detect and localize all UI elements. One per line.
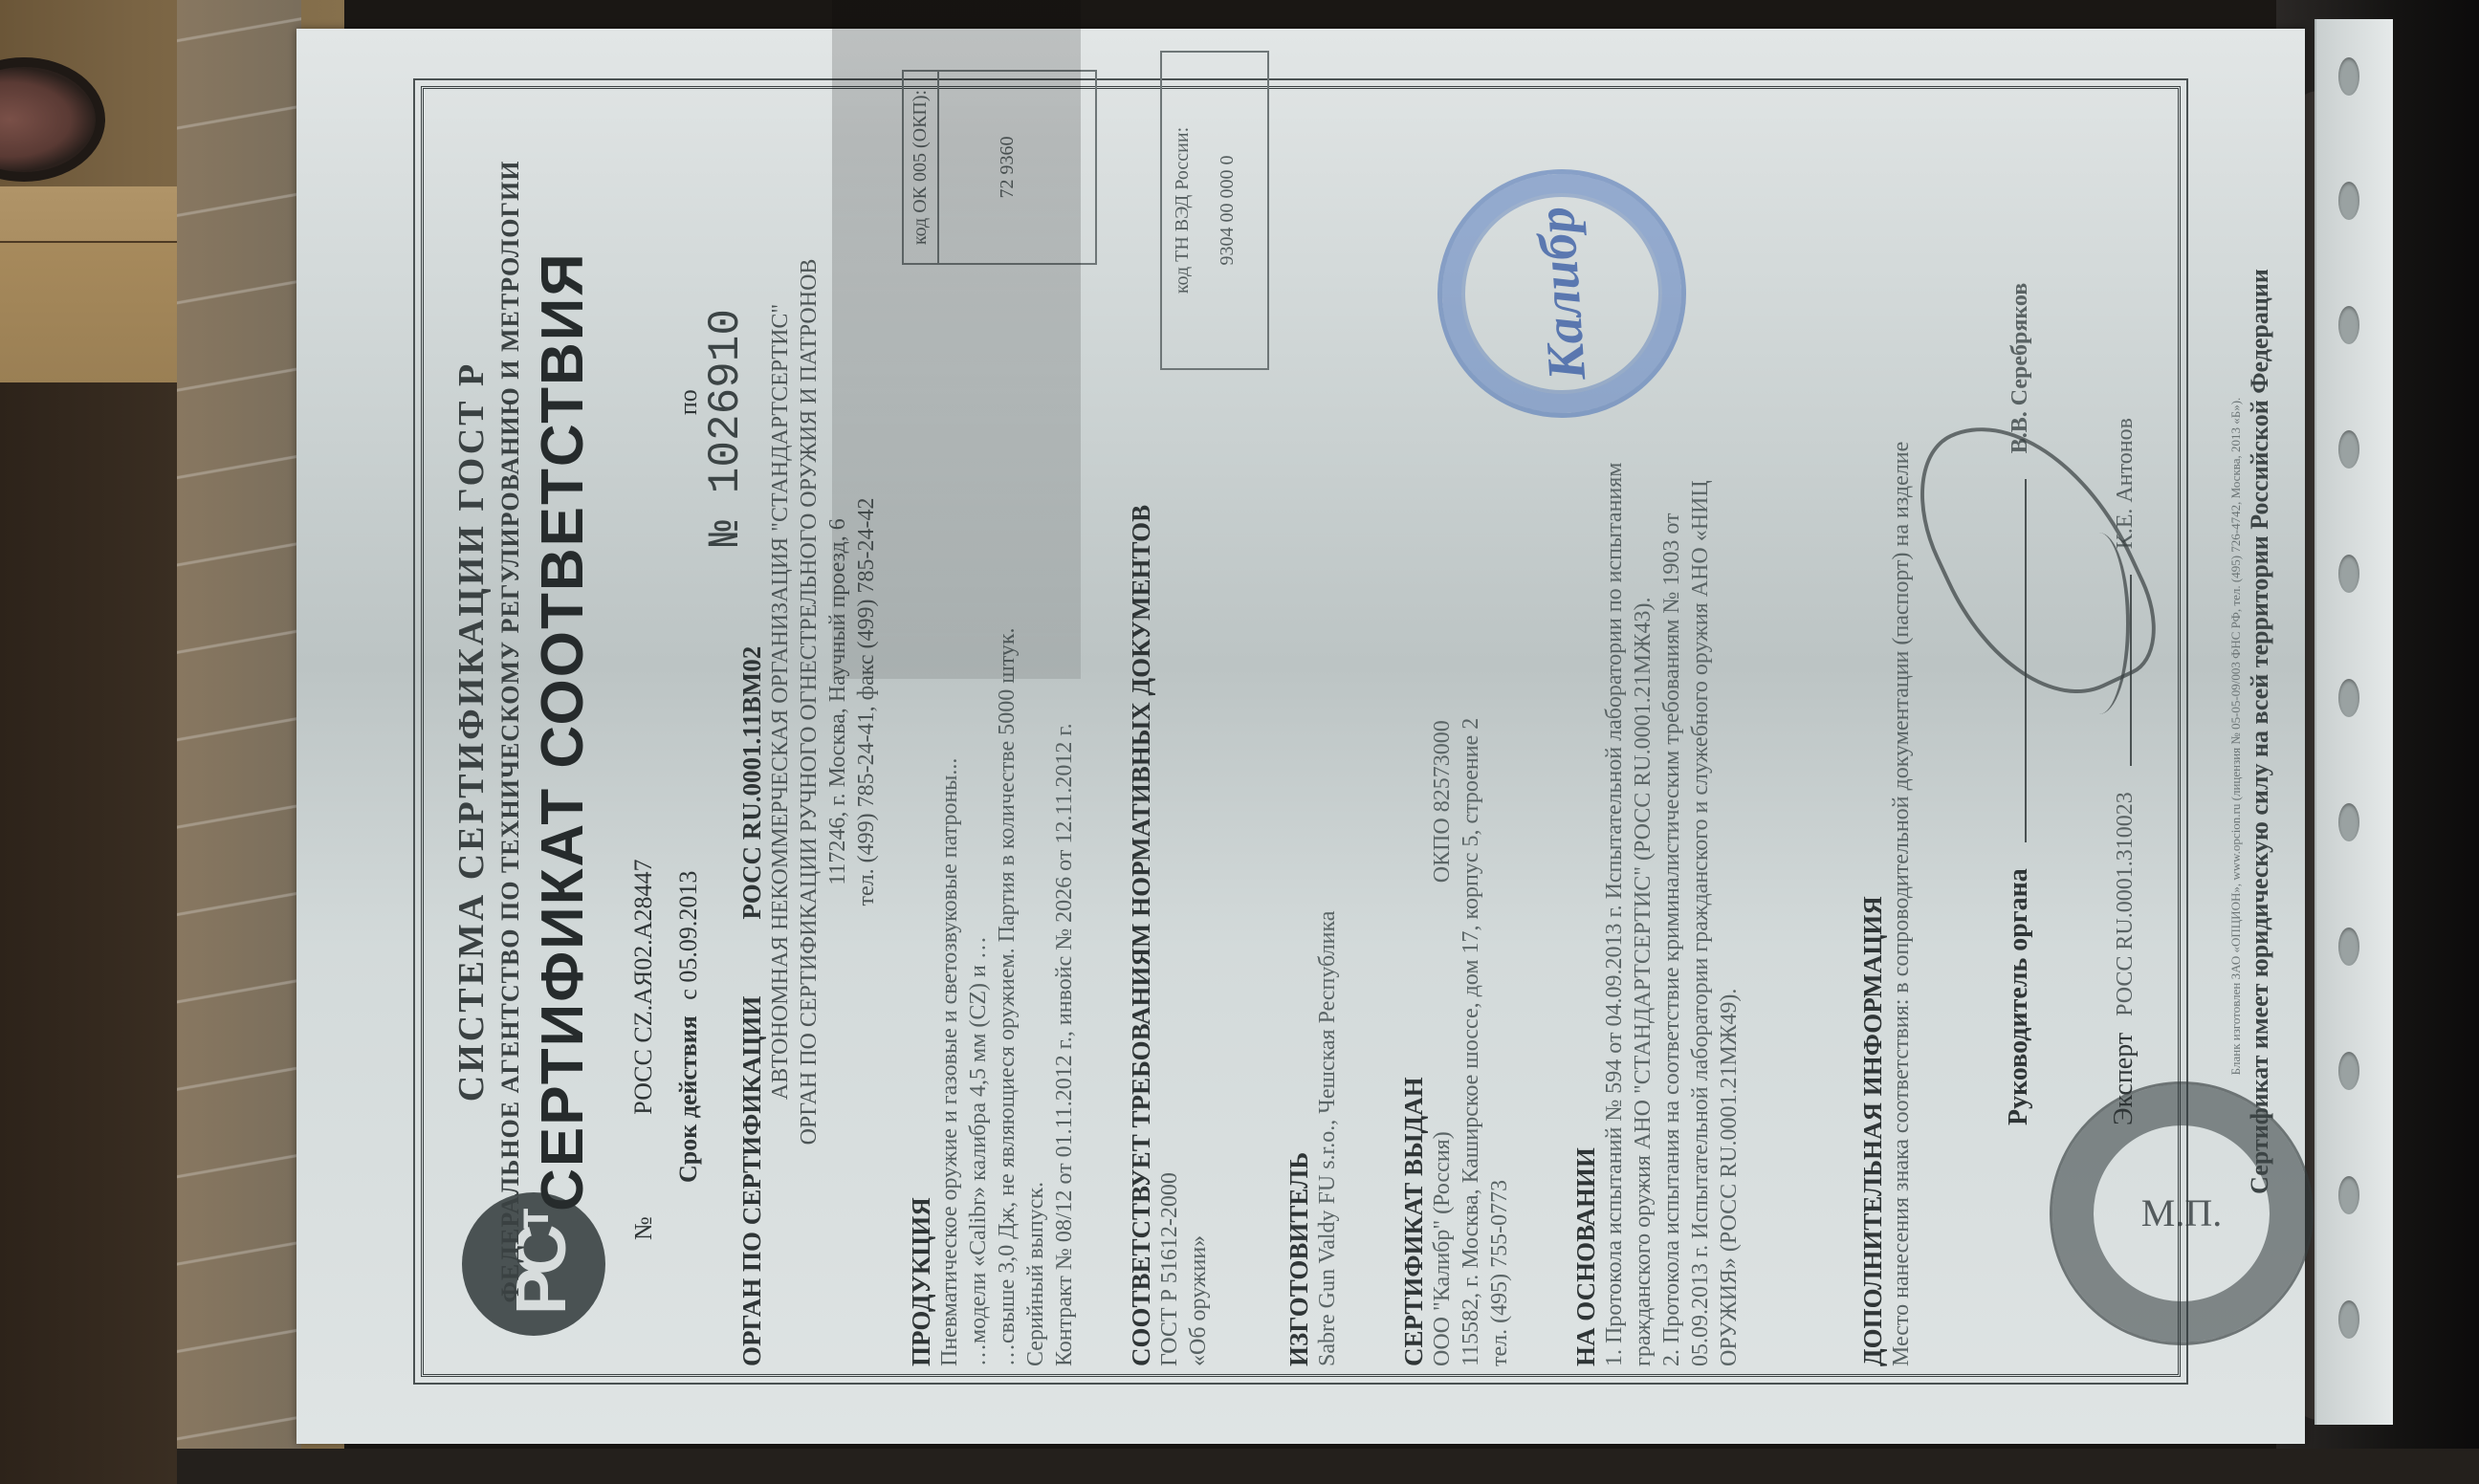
tnved-code-box: код ТН ВЭД России: 9304 00 000 0 <box>1160 51 1269 370</box>
expert-code: РОСС RU.0001.310023 <box>2113 792 2138 1016</box>
dark-floor-bottom <box>177 1449 2479 1484</box>
basis-line: гражданского оружия АНО "СТАНДАРТСЕРТИС"… <box>1629 410 1657 1366</box>
basis-heading: НА ОСНОВАНИИ <box>1571 410 1600 1366</box>
product-line: Пневматическое оружие и газовые и светоз… <box>935 410 964 1366</box>
issued-to-section: СЕРТИФИКАТ ВЫДАН ООО "Калибр" (Россия)ОК… <box>1399 410 1514 1366</box>
basis-section: НА ОСНОВАНИИ 1. Протокола испытаний № 59… <box>1571 410 1744 1366</box>
basis-line: 1. Протокола испытаний № 594 от 04.09.20… <box>1600 410 1629 1366</box>
blue-company-stamp: Калибр <box>1429 161 1695 426</box>
organ-line: АВТОНОМНАЯ НЕКОММЕРЧЕСКАЯ ОРГАНИЗАЦИЯ "С… <box>766 37 795 1366</box>
issued-to-phone: тел. (495) 755-0773 <box>1485 410 1514 1366</box>
manufacturer-line: Sabre Gun Valdy FU s.r.o., Чешская Респу… <box>1313 410 1342 1366</box>
product-heading: ПРОДУКЦИЯ <box>907 410 935 1366</box>
issued-to-line: ООО "Калибр" (Россия)ОКПО 82573000 <box>1428 410 1457 1366</box>
certification-organ-section: ОРГАН ПО СЕРТИФИКАЦИИРОСС RU.0001.11ВМ02… <box>737 37 881 1366</box>
head-label: Руководитель органа <box>2004 868 2033 1125</box>
validity-label: Срок действия <box>674 1015 702 1183</box>
tnved-label: код ТН ВЭД России: <box>1172 53 1194 368</box>
punch-hole <box>2338 430 2359 469</box>
product-line: …модели «Calibr» калибра 4,5 мм (CZ) и … <box>964 410 993 1366</box>
punch-hole <box>2338 927 2359 966</box>
conformity-heading: СООТВЕТСТВУЕТ ТРЕБОВАНИЯМ НОРМАТИВНЫХ ДО… <box>1127 37 1155 1366</box>
tnved-value: 9304 00 000 0 <box>1194 53 1239 368</box>
issued-to-address: 115582, г. Москва, Каширское шоссе, дом … <box>1457 410 1485 1366</box>
punch-hole <box>2338 57 2359 96</box>
basis-line: 05.09.2013 г. Испытательной лаборатории … <box>1686 410 1715 1366</box>
additional-info-section: ДОПОЛНИТЕЛЬНАЯ ИНФОРМАЦИЯ Место нанесени… <box>1858 37 1916 1366</box>
punch-hole <box>2338 182 2359 220</box>
plastic-sleeve-edge-left <box>177 0 301 1484</box>
okp-label: код ОК 005 (ОКП): <box>904 72 939 263</box>
okp-code-box: код ОК 005 (ОКП): 72 9360 <box>902 70 1097 265</box>
wooden-board-lower <box>0 241 177 384</box>
manufacturer-section: ИЗГОТОВИТЕЛЬ Sabre Gun Valdy FU s.r.o., … <box>1284 410 1342 1366</box>
sleeve-binding-strip <box>2314 19 2393 1425</box>
dark-floor-background <box>0 382 177 1484</box>
basis-line: 2. Протокола испытания на соответствие к… <box>1657 410 1686 1366</box>
certificate-number: № РОСС CZ.АЯ02.А28447 <box>629 860 658 1241</box>
organ-phone: тел. (499) 785-24-41, факс (499) 785-24-… <box>852 37 881 1366</box>
product-section: ПРОДУКЦИЯ Пневматическое оружие и газовы… <box>907 410 1079 1366</box>
number-label: № <box>629 1216 657 1240</box>
head-name: В.В. Серебряков <box>2007 283 2032 454</box>
certificate-title: СЕРТИФИКАТ СООТВЕТСТВИЯ <box>529 89 597 1374</box>
punch-hole <box>2338 1052 2359 1090</box>
okp-value: 72 9360 <box>939 72 1019 263</box>
punch-hole <box>2338 1300 2359 1339</box>
punch-hole <box>2338 1176 2359 1214</box>
basis-line: ОРУЖИЯ» (РОСС RU.0001.21МЖ49). <box>1715 410 1744 1366</box>
form-printer-imprint: Бланк изготовлен ЗАО «ОПЦИОН», www.opcio… <box>2228 86 2244 1386</box>
product-line: …свыше 3,0 Дж, не являющиеся оружием. Па… <box>993 410 1021 1366</box>
additional-info-heading: ДОПОЛНИТЕЛЬНАЯ ИНФОРМАЦИЯ <box>1858 37 1887 1366</box>
number-value: РОСС CZ.АЯ02.А28447 <box>629 860 657 1115</box>
page-border: РСт СИСТЕМА СЕРТИФИКАЦИИ ГОСТ Р ФЕДЕРАЛЬ… <box>421 86 2181 1377</box>
agency-heading: ФЕДЕРАЛЬНОЕ АГЕНТСТВО ПО ТЕХНИЧЕСКОМУ РЕ… <box>496 89 525 1374</box>
organ-line: ОРГАН ПО СЕРТИФИКАЦИИ РУЧНОГО ОГНЕСТРЕЛЬ… <box>795 37 823 1366</box>
legal-force-footer: Сертификат имеет юридическую силу на все… <box>2246 89 2274 1374</box>
punch-hole <box>2338 555 2359 593</box>
product-line: Контракт № 08/12 от 01.11.2012 г., инвой… <box>1050 410 1079 1366</box>
punch-hole <box>2338 306 2359 344</box>
punch-hole <box>2338 803 2359 841</box>
organ-heading: ОРГАН ПО СЕРТИФИКАЦИИРОСС RU.0001.11ВМ02 <box>737 37 766 1366</box>
punch-hole <box>2338 679 2359 717</box>
organ-address: 117246, г. Москва, Научный проезд, 6 <box>823 37 852 1366</box>
expert-label: Эксперт <box>2109 1033 2139 1125</box>
system-heading: СИСТЕМА СЕРТИФИКАЦИИ ГОСТ Р <box>450 89 493 1374</box>
manufacturer-heading: ИЗГОТОВИТЕЛЬ <box>1284 410 1313 1366</box>
issued-to-heading: СЕРТИФИКАТ ВЫДАН <box>1399 410 1428 1366</box>
validity-period: Срок действия с 05.09.2013 по <box>674 389 703 1183</box>
handwritten-signature-expert <box>2069 533 2130 714</box>
validity-from: с 05.09.2013 <box>674 871 702 1000</box>
head-signature-row: Руководитель органа В.В. Серебряков <box>2002 283 2034 1125</box>
additional-info-line: Место нанесения знака соответствия: в со… <box>1887 37 1916 1366</box>
validity-to: по <box>674 389 702 415</box>
product-line: Серийный выпуск. <box>1021 410 1050 1366</box>
certificate-page: РСт СИСТЕМА СЕРТИФИКАЦИИ ГОСТ Р ФЕДЕРАЛЬ… <box>296 29 2305 1444</box>
